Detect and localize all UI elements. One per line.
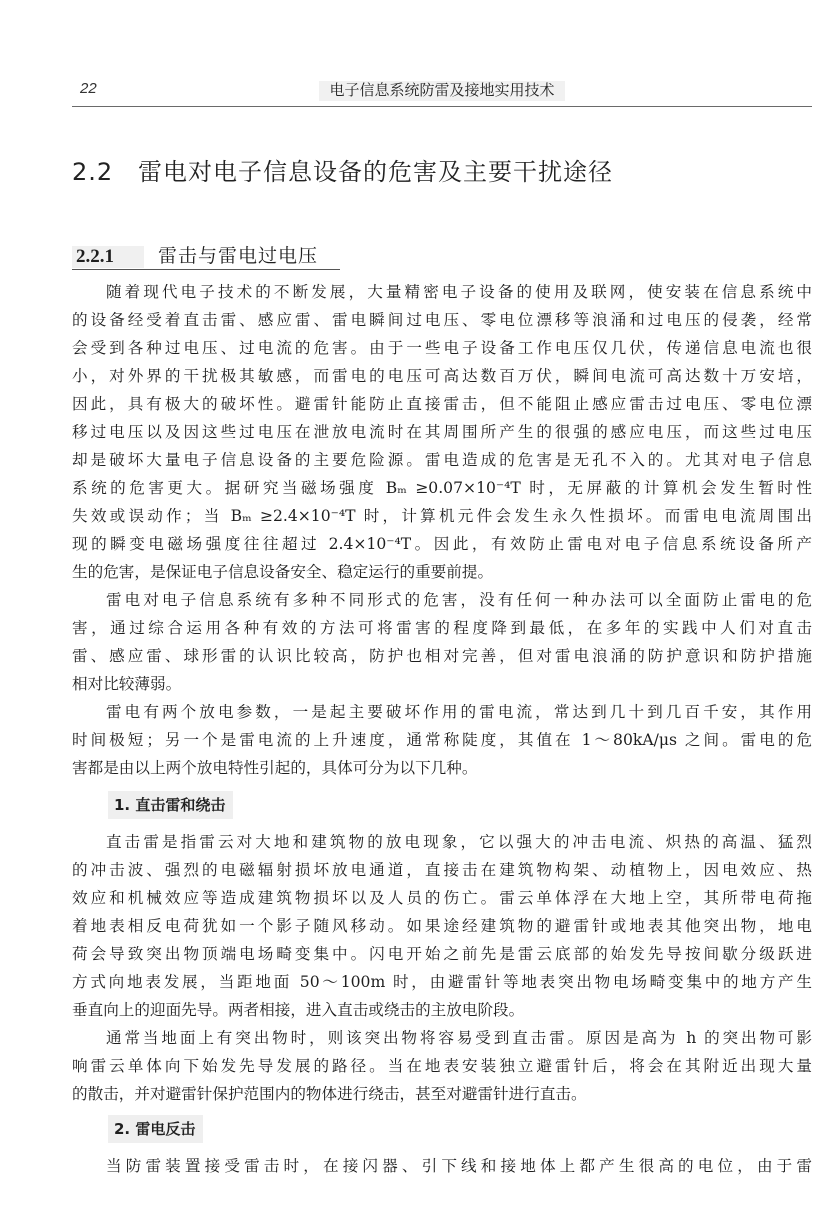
text-line: 直击雷是指雷云对大地和建筑物的放电现象，它以强大的冲击电流、炽热的高温、猛烈	[106, 832, 812, 852]
text-line: 的散击，并对避雷针保护范围内的物体进行绕击，甚至对避雷针进行直击。	[72, 1084, 812, 1104]
section-number: 2.2	[72, 158, 138, 186]
text-line: 相对比较薄弱。	[72, 674, 812, 694]
section-title: 2.2雷电对电子信息设备的危害及主要干扰途径	[72, 152, 613, 187]
text-line: 失效或误动作；当 Bₘ ≥2.4×10⁻⁴T 时，计算机元件会发生永久性损坏。而…	[72, 506, 812, 526]
running-title: 电子信息系统防雷及接地实用技术	[72, 79, 812, 100]
text-line: 害，通过综合运用各种有效的方法可将雷害的程度降到最低，在多年的实践中人们对直击	[72, 618, 812, 638]
item-heading-direct-lightning: 1. 直击雷和绕击	[108, 791, 233, 819]
text-line: 会受到各种过电压、过电流的危害。由于一些电子设备工作电压仅几伏，传递信息电流也很	[72, 338, 812, 358]
text-line: 荷会导致突出物顶端电场畸变集中。闪电开始之前先是雷云底部的始发先导按间歇分级跃进	[72, 944, 812, 964]
text-line: 的设备经受着直击雷、感应雷、雷电瞬间过电压、零电位漂移等浪涌和过电压的侵袭，经常	[72, 310, 812, 330]
text-line: 移过电压以及因这些过电压在泄放电流时在其周围所产生的很强的感应电压，而这些过电压	[72, 422, 812, 442]
subsection-title-text: 雷击与雷电过电压	[158, 246, 318, 267]
running-title-text: 电子信息系统防雷及接地实用技术	[319, 81, 564, 101]
text-line: 效应和机械效应等造成建筑物损坏以及人员的伤亡。雷云单体浮在大地上空，其所带电荷拖	[72, 888, 812, 908]
item-heading-lightning-counterattack: 2. 雷电反击	[108, 1115, 203, 1143]
text-line: 随着现代电子技术的不断发展，大量精密电子设备的使用及联网，使安装在信息系统中	[106, 282, 812, 302]
text-line: 雷电对电子信息系统有多种不同形式的危害，没有任何一种办法可以全面防止雷电的危	[106, 590, 812, 610]
text-line: 小，对外界的干扰极其敏感，而雷电的电压可高达数百万伏，瞬间电流可高达数十万安培，	[72, 366, 812, 386]
text-line: 系统的危害更大。据研究当磁场强度 Bₘ ≥0.07×10⁻⁴T 时，无屏蔽的计算…	[72, 478, 812, 498]
text-line: 方式向地表发展，当距地面 50～100m 时，由避雷针等地表突出物电场畸变集中的…	[72, 972, 812, 992]
text-line: 因此，具有极大的破坏性。避雷针能防止直接雷击，但不能阻止感应雷击过电压、零电位漂	[72, 394, 812, 414]
text-line: 生的危害，是保证电子信息设备安全、稳定运行的重要前提。	[72, 562, 812, 582]
text-line: 现的瞬变电磁场强度往往超过 2.4×10⁻⁴T。因此，有效防止雷电对电子信息系统…	[72, 534, 812, 554]
text-line: 通常当地面上有突出物时，则该突出物将容易受到直击雷。原因是高为 h 的突出物可影	[106, 1028, 812, 1048]
text-line: 时间极短；另一个是雷电流的上升速度，通常称陡度，其值在 1～80kA/μs 之间…	[72, 730, 812, 750]
text-line: 雷、感应雷、球形雷的认识比较高，防护也相对完善，但对雷电浪涌的防护意识和防护措施	[72, 646, 812, 666]
text-line: 垂直向上的迎面先导。两者相接，进入直击或绕击的主放电阶段。	[72, 1000, 812, 1020]
section-title-text: 雷电对电子信息设备的危害及主要干扰途径	[138, 158, 613, 186]
text-line: 雷电有两个放电参数，一是起主要破坏作用的雷电流，常达到几十到几百千安，其作用	[106, 702, 812, 722]
text-line: 当防雷装置接受雷击时，在接闪器、引下线和接地体上都产生很高的电位，由于雷	[106, 1156, 812, 1176]
subsection-number: 2.2.1	[72, 246, 144, 268]
text-line: 却是破坏大量电子信息设备的主要危险源。雷电造成的危害是无孔不入的。尤其对电子信息	[72, 450, 812, 470]
text-line: 的冲击波、强烈的电磁辐射损坏放电通道，直接击在建筑物构架、动植物上，因电效应、热	[72, 860, 812, 880]
text-line: 害都是由以上两个放电特性引起的，具体可分为以下几种。	[72, 758, 812, 778]
page-header: 22 电子信息系统防雷及接地实用技术	[72, 76, 812, 107]
subsection-title: 2.2.1雷击与雷电过电压	[72, 241, 340, 270]
text-line: 响雷云单体向下始发先导发展的路径。当在地表安装独立避雷针后，将会在其附近出现大量	[72, 1056, 812, 1076]
text-line: 着地表相反电荷犹如一个影子随风移动。如果途经建筑物的避雷针或地表其他突出物，地电	[72, 916, 812, 936]
